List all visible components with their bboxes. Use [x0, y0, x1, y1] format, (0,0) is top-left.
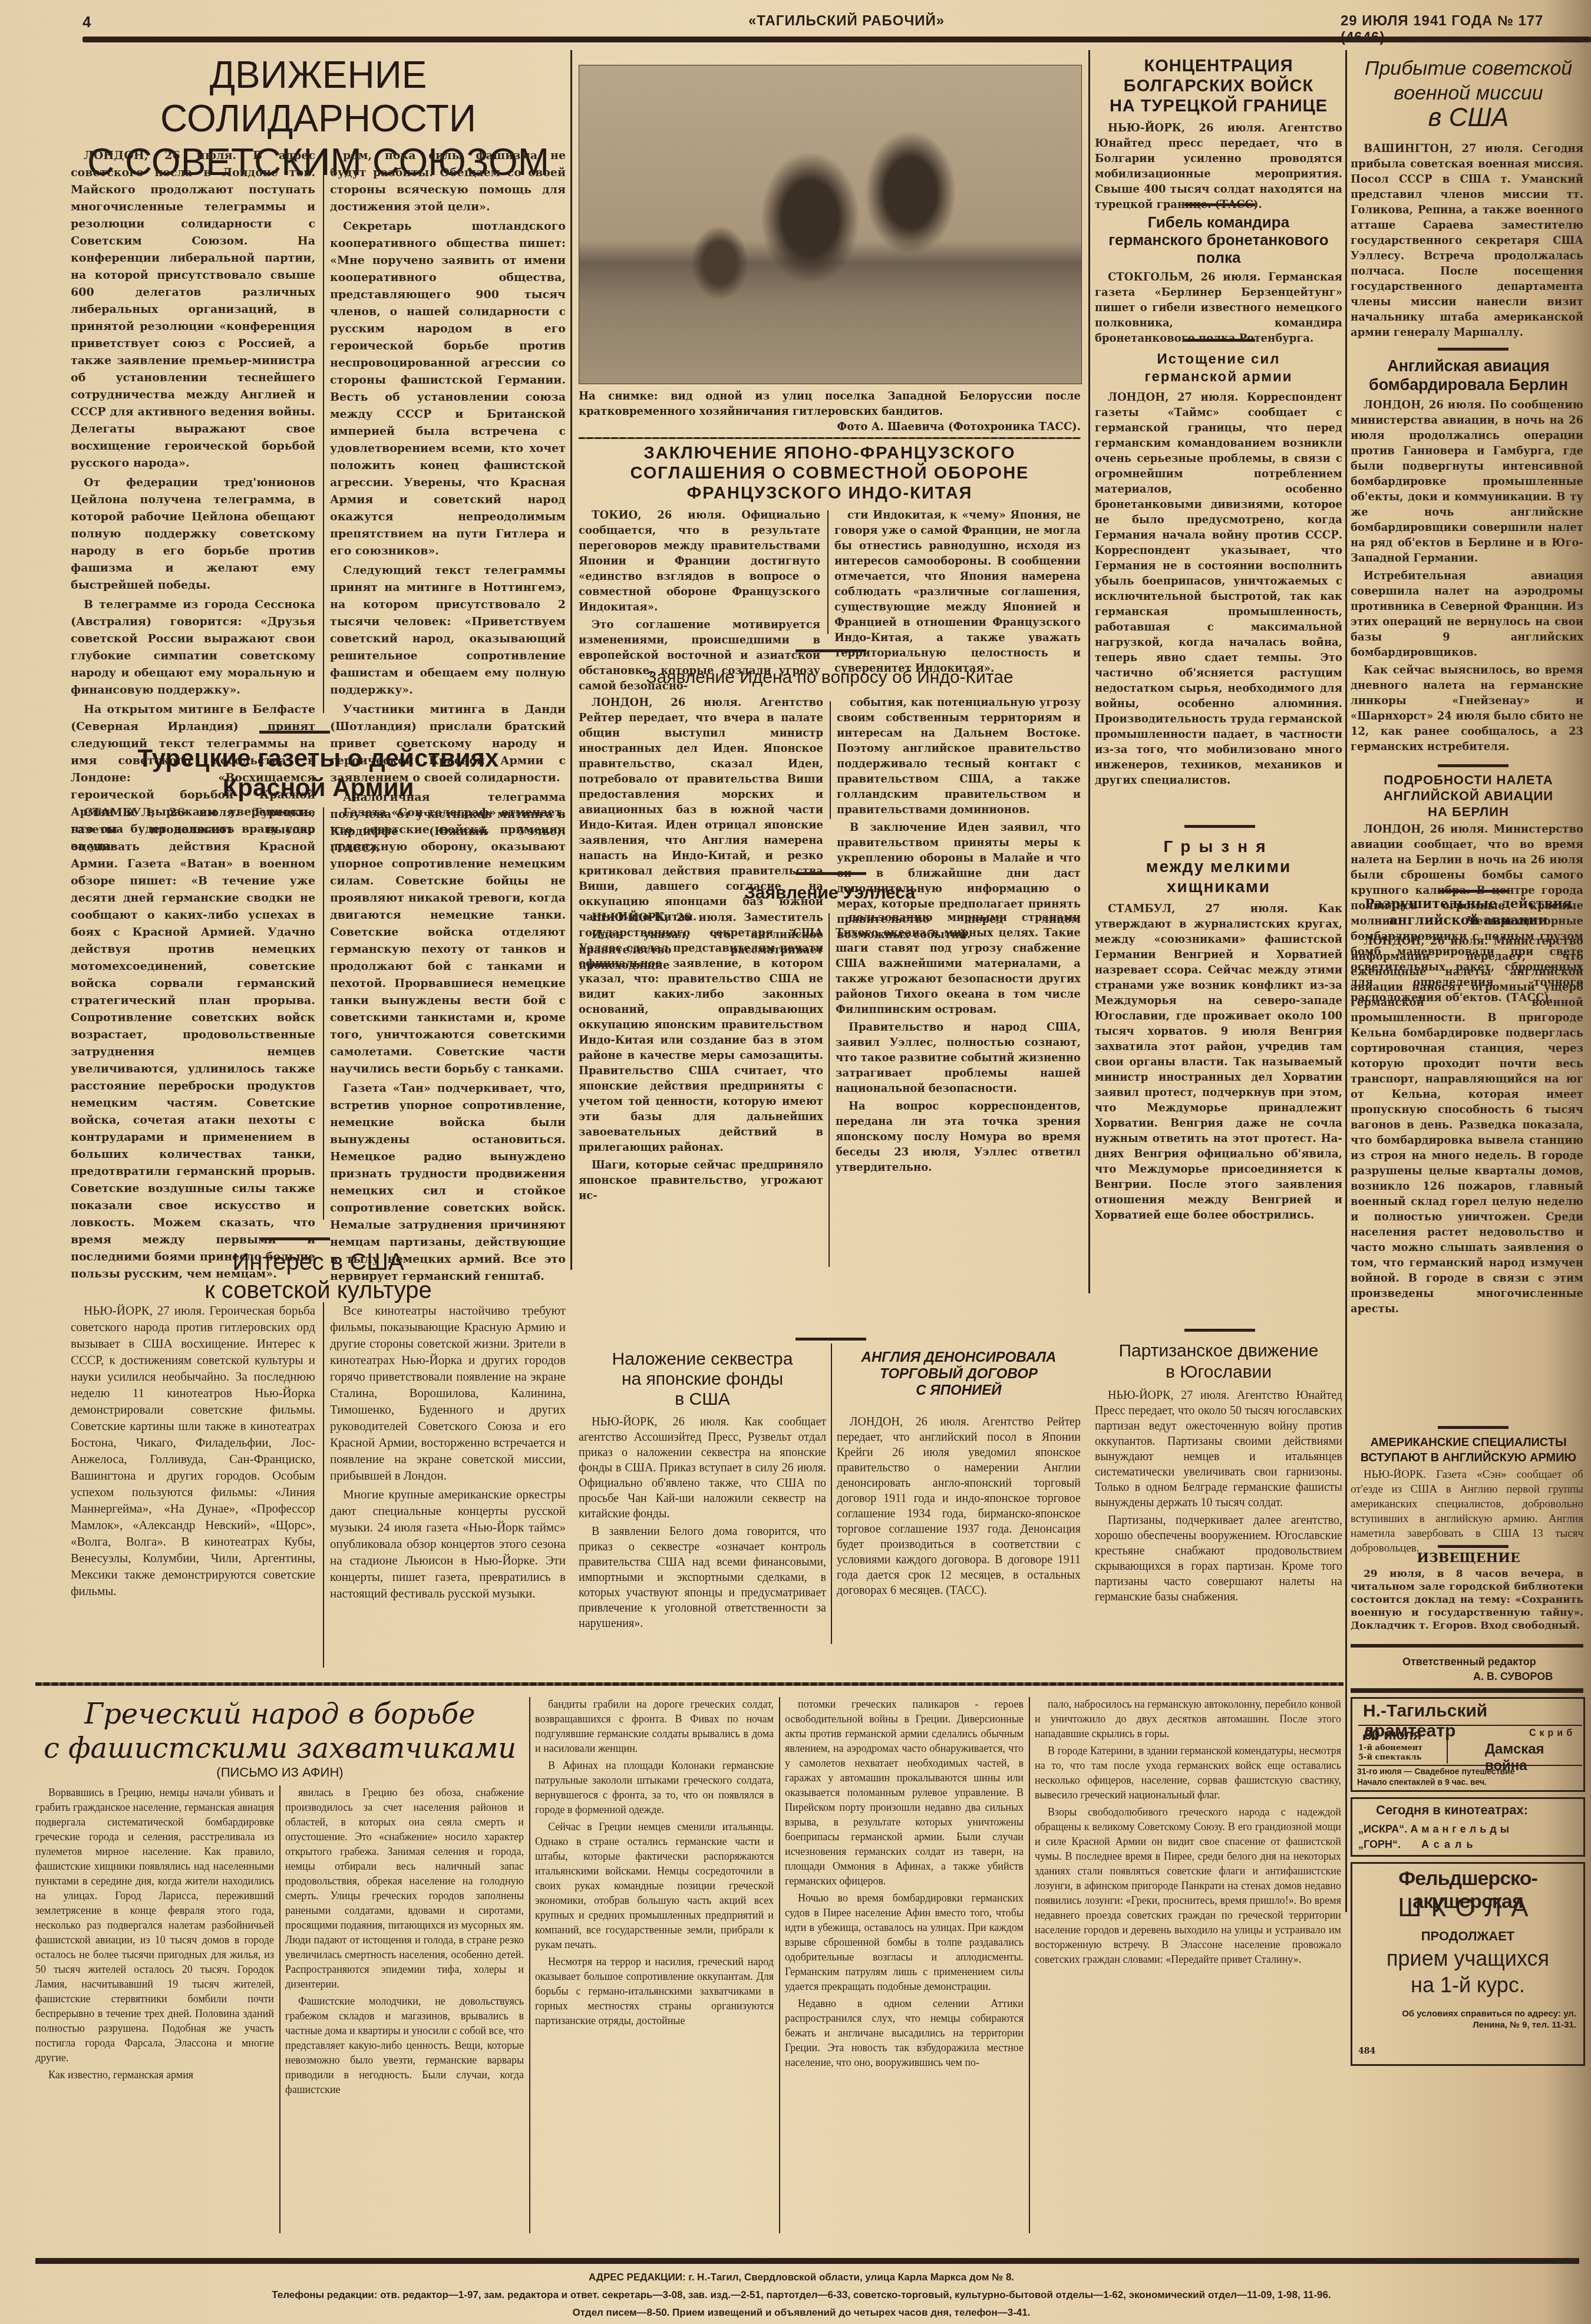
headline-us-interest: Интерес в США к советской культуре — [71, 1248, 566, 1305]
film-asal: Асаль — [1421, 1838, 1478, 1850]
greek-col2: явилась в Грецию без обоза, снабжение пр… — [285, 1785, 524, 2099]
japan-france-col2: сти Индокитая, к «чему» Япония, не говор… — [834, 508, 1081, 679]
announcement-title: ИЗВЕЩЕНИЕ — [1351, 1550, 1586, 1566]
headline-greek-people: Греческий народ в борьбе с фашистскими з… — [35, 1697, 524, 1765]
yugoslav-partisans-body: НЬЮ-ЙОРК, 27 июля. Агентство Юнайтед Пре… — [1095, 1388, 1342, 1607]
theater-ad: Н.-Тагильский драмтеатр 30 июля 1-й абон… — [1351, 1697, 1585, 1792]
column-divider — [1345, 50, 1347, 1912]
eden-col2: события, как потенциальную угрозу своим … — [837, 695, 1081, 945]
separator — [1184, 1329, 1255, 1332]
turkish-col1: СТАМБУЛ, 26 июля. Турецкие газеты продол… — [71, 804, 315, 1285]
us-interest-col2: Все кинотеатры настойчиво требуют фильмы… — [330, 1302, 566, 1604]
page-number: 4 — [82, 13, 91, 31]
newspaper-page: 4 «ТАГИЛЬСКИЙ РАБОЧИЙ» 29 ИЮЛЯ 1941 ГОДА… — [0, 0, 1591, 2324]
separator — [259, 731, 330, 734]
headline-raid-details: ПОДРОБНОСТИ НАЛЕТА АНГЛИЙСКОЙ АВИАЦИИ НА… — [1351, 772, 1586, 820]
rule — [1351, 1688, 1583, 1693]
column-divider — [570, 50, 572, 1270]
destructive-body: ЛОНДОН, 26 июля. Министерство информации… — [1351, 934, 1583, 1319]
column-divider — [1447, 1727, 1448, 1764]
column-divider — [323, 807, 324, 1220]
paper-name: «ТАГИЛЬСКИЙ РАБОЧИЙ» — [748, 13, 945, 29]
separator — [1184, 825, 1255, 828]
column-divider — [529, 1697, 530, 2233]
separator — [1184, 203, 1255, 206]
cinema-ad: Сегодня в кинотеатрах: „ИСКРА“. Амангель… — [1351, 1797, 1585, 1857]
exhaustion-body: ЛОНДОН, 27 июля. Корреспондент газеты «Т… — [1095, 390, 1342, 791]
headline-destructive: Разрушительные действия английской авиац… — [1351, 896, 1586, 929]
editorial-letters: Отдел писем—8-50. Прием извещений и объя… — [35, 2304, 1567, 2322]
theater-date: 30 июля — [1364, 1727, 1421, 1744]
venue-gorn: „ГОРН“. — [1358, 1838, 1401, 1850]
column-divider — [279, 1785, 280, 2233]
editor-label: Ответственный редактор — [1402, 1656, 1536, 1668]
cinema-listings: „ИСКРА“. Амангельды „ГОРН“. Асаль — [1358, 1821, 1513, 1852]
school-line2: ШКОЛА — [1352, 1893, 1583, 1923]
headline-bulgarian: КОНЦЕНТРАЦИЯ БОЛГАРСКИХ ВОЙСК НА ТУРЕЦКО… — [1095, 56, 1342, 116]
column-divider — [828, 913, 830, 1267]
column-divider — [323, 153, 324, 713]
separator — [795, 1338, 866, 1341]
footer-rule — [35, 2258, 1579, 2264]
photo-credit: Фото А. Шаевича (Фотохроника ТАСС). — [579, 420, 1081, 435]
us-interest-col1: НЬЮ-ЙОРК, 27 июля. Героическая борьба со… — [71, 1302, 315, 1602]
venue-iskra: „ИСКРА“. — [1358, 1823, 1407, 1835]
editorial-phones: Телефоны редакции: отв. редактор—1-97, з… — [35, 2286, 1567, 2304]
footer-imprint: АДРЕС РЕДАКЦИИ: г. Н.-Тагил, Свердловско… — [35, 2269, 1567, 2322]
rule — [1351, 1644, 1583, 1648]
separator — [259, 1237, 330, 1240]
column-divider — [831, 1343, 832, 1644]
theater-subscription: 1-й абонемент 5-й спектакль — [1358, 1744, 1422, 1762]
editor-name: А. В. СУВОРОВ — [1473, 1671, 1553, 1683]
ad-number: 484 — [1358, 2046, 1375, 2056]
welles-col1: НЬЮ-ЙОРК, 26 июля. Заместитель государст… — [579, 910, 823, 1206]
separator — [1438, 348, 1509, 351]
welles-col2: пользованию мирными странами Тихого океа… — [836, 910, 1081, 1178]
headline-turkish-papers: Турецкие газеты о действиях Красной Арми… — [71, 744, 566, 803]
photo-belarus-village — [579, 65, 1082, 384]
column-divider — [1088, 50, 1090, 1293]
separator — [795, 872, 866, 875]
separator — [1438, 764, 1509, 767]
sequestration-body: НЬЮ-ЙОРК, 26 июля. Как сообщает агентств… — [579, 1414, 826, 1633]
greek-col5: пало, набросилось на германскую автоколо… — [1035, 1697, 1341, 1969]
wavy-rule — [579, 437, 1081, 439]
bulgarian-body: НЬЮ-ЙОРК, 26 июля. Агентство Юнайтед пре… — [1095, 121, 1342, 215]
school-line5: на 1-й курс. — [1352, 1973, 1583, 1998]
masthead-rule — [82, 37, 1591, 42]
headline-military-mission: Прибытие советской военной миссии в США — [1351, 56, 1586, 130]
greek-col4: потомки греческих паликаров - героев осв… — [785, 1697, 1024, 2072]
column-divider — [779, 1697, 780, 2233]
separator — [795, 649, 866, 652]
separator — [1184, 339, 1255, 342]
headline-japan-france: ЗАКЛЮЧЕНИЕ ЯПОНО-ФРАНЦУЗСКОГО СОГЛАШЕНИЯ… — [579, 443, 1081, 503]
column-divider — [830, 701, 831, 819]
turkish-col2: Газета «Сон телеграф» отмечает, что сове… — [330, 804, 566, 1288]
military-mission-body: ВАШИНГТОН, 27 июля. Сегодня прибыла сове… — [1351, 141, 1583, 343]
column-divider — [827, 510, 828, 634]
headline-sequestration: Наложение секвестра на японские фонды в … — [579, 1349, 826, 1409]
headline-exhaustion: Истощение сил германской армии — [1095, 351, 1342, 386]
film-amangeldy: Амангельды — [1410, 1823, 1513, 1835]
squabble-body: СТАМБУЛ, 27 июля. Как утверждают в журна… — [1095, 902, 1342, 1226]
headline-england-japan: АНГЛИЯ ДЕНОНСИРОВАЛА ТОРГОВЫЙ ДОГОВОР С … — [837, 1349, 1081, 1399]
editorial-address: АДРЕС РЕДАКЦИИ: г. Н.-Тагил, Свердловско… — [35, 2269, 1567, 2286]
greek-col1: Ворвавшись в Грецию, немцы начали убиват… — [35, 1785, 274, 2085]
headline-commander: Гибель командира германского бронетанков… — [1095, 213, 1342, 266]
headline-american-specialists: АМЕРИКАНСКИЕ СПЕЦИАЛИСТЫ ВСТУПАЮТ В АНГЛ… — [1351, 1435, 1586, 1465]
theater-schedule: 31-го июля — Свадебное путешествие Начал… — [1357, 1766, 1514, 1787]
greek-col3: бандиты грабили на дороге греческих солд… — [535, 1697, 774, 2031]
headline-raf-berlin: Английская авиация бомбардировала Берлин — [1351, 356, 1586, 394]
column-divider — [1029, 1697, 1030, 2233]
separator — [1438, 1426, 1509, 1429]
headline-yugoslav-partisans: Партизанское движение в Югославии — [1095, 1341, 1342, 1383]
greek-subtitle: (ПИСЬМО ИЗ АФИН) — [35, 1765, 524, 1780]
rule — [1358, 1725, 1582, 1726]
school-info: Об условиях справиться по адресу: ул. Ле… — [1388, 2008, 1576, 2031]
headline-welles: Заявление Уэллеса — [579, 882, 1081, 905]
commander-body: СТОКГОЛЬМ, 26 июля. Германская газета «Б… — [1095, 270, 1342, 349]
cinema-title: Сегодня в кинотеатрах: — [1376, 1803, 1528, 1818]
photo-caption: На снимке: вид одной из улиц поселка Зап… — [579, 389, 1081, 435]
headline-eden: Заявление Идена по вопросу об Индо-Китае — [579, 666, 1081, 689]
announcement-body: 29 июля, в 8 часов вечера, в читальном з… — [1351, 1567, 1583, 1635]
separator — [1438, 890, 1509, 893]
column-divider — [323, 1302, 324, 1668]
play-author: Скриб — [1529, 1728, 1576, 1739]
american-specialists-body: НЬЮ-ЙОРК. Газета «Сэн» сообщает об от'ез… — [1351, 1467, 1583, 1558]
headline-squabble: Грызня между мелкими хищниками — [1095, 837, 1342, 897]
school-line3: ПРОДОЛЖАЕТ — [1352, 1929, 1583, 1944]
england-japan-body: ЛОНДОН, 26 июля. Агентство Рейтер переда… — [837, 1414, 1081, 1600]
wavy-rule — [35, 1682, 1344, 1686]
school-line4: прием учащихся — [1352, 1946, 1583, 1971]
raf-berlin-body: ЛОНДОН, 26 июля. По сообщению министерст… — [1351, 398, 1583, 757]
separator — [1438, 1545, 1509, 1548]
school-ad: Фельдшерско-акушерская ШКОЛА ПРОДОЛЖАЕТ … — [1351, 1862, 1585, 2066]
